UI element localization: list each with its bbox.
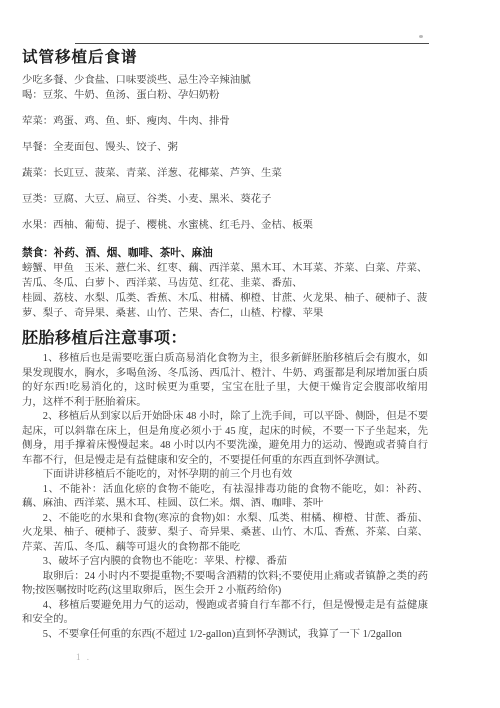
forbidden-line: 螃蟹、甲鱼 玉米、薏仁米、红枣、藕、西洋菜、黑木耳、木耳菜、芥菜、白菜、芹菜、 <box>22 261 428 276</box>
page-footer-mark: 1 . <box>76 652 91 662</box>
food-line-beans: 豆类：豆腐、大豆、扁豆、谷类、小麦、黑米、葵花子 <box>22 192 428 207</box>
forbidden-line: 苦瓜、冬瓜、白萝卜、西洋菜、马齿苋、红花、韭菜、番茄、 <box>22 276 428 291</box>
notes-paragraph: 2、移植后从到家以后开始卧床 48 小时，除了上洗手间，可以平卧、侧卧，但是不要… <box>22 410 428 468</box>
forbidden-line: 萝、梨子、奇异果、桑葚、山竹、芒果、杏仁，山楂、柠檬、苹果 <box>22 306 428 321</box>
food-line-breakfast: 早餐：全麦面包、馒头、饺子、粥 <box>22 140 428 155</box>
notes-paragraph: 4、移植后要避免用力气的运动，慢跑或者骑自行车都不行，但是慢慢走是有益健康和安全… <box>22 599 428 628</box>
notes-paragraph: 1、不能补：活血化瘀的食物不能吃，有祛湿排毒功能的食物不能吃，如：补药、藕、麻油… <box>22 483 428 512</box>
notes-paragraph: 5、不要拿任何重的东西(不超过 1/2-gallon)直到怀孕测试，我算了一下 … <box>22 628 428 643</box>
notes-paragraph: 1、移植后也是需要吃蛋白质高易消化食物为主，很多新鲜胚胎移植后会有腹水，如果发现… <box>22 352 428 410</box>
intro-line: 喝：豆浆、牛奶、鱼汤、蛋白粉、孕妇奶粉 <box>22 88 428 103</box>
document-page: 试管移植后食谱 少吃多餐、少食盐、口味要淡些、忌生冷辛辣油腻 喝：豆浆、牛奶、鱼… <box>0 0 500 708</box>
food-line-fruits: 水果：西柚、葡萄、提子、樱桃、水蜜桃、红毛丹、金桔、板栗 <box>22 218 428 233</box>
food-line-meat: 荤菜：鸡蛋、鸡、鱼、虾、瘦肉、牛肉、排骨 <box>22 114 428 129</box>
stray-mark <box>419 35 423 38</box>
notes-paragraph: 下面讲讲移植后不能吃的，对怀孕期的前三个月也有效 <box>22 468 428 483</box>
forbidden-header: 禁食：补药、酒、烟、咖啡、茶叶、麻油 <box>22 246 428 261</box>
doc-title: 试管移植后食谱 <box>22 49 428 67</box>
header-rule <box>75 43 429 44</box>
food-line-vegetables: 蔬菜：长豇豆、菠菜、青菜、洋葱、花椰菜、芦笋、生菜 <box>22 166 428 181</box>
intro-line: 少吃多餐、少食盐、口味要淡些、忌生冷辛辣油腻 <box>22 73 428 88</box>
notes-paragraph: 取卵后：24 小时内不要提重物;不要喝含酒精的饮料;不要使用止痛或者镇静之类的药… <box>22 570 428 599</box>
notes-heading: 胚胎移植后注意事项： <box>22 329 428 349</box>
notes-paragraph: 3、破坏子宫内膜的食物也不能吃：苹果、柠檬、番茄 <box>22 555 428 570</box>
document-content: 试管移植后食谱 少吃多餐、少食盐、口味要淡些、忌生冷辛辣油腻 喝：豆浆、牛奶、鱼… <box>0 0 500 642</box>
forbidden-line: 桂圆、荔枝、水梨、瓜类、香蕉、木瓜、柑橘、柳橙、甘蔗、火龙果、柚子、硬柿子、菠 <box>22 291 428 306</box>
notes-paragraph: 2、不能吃的水果和食物(寒凉的食物)如：水梨、瓜类、柑橘、柳橙、甘蔗、番茄、火龙… <box>22 512 428 556</box>
